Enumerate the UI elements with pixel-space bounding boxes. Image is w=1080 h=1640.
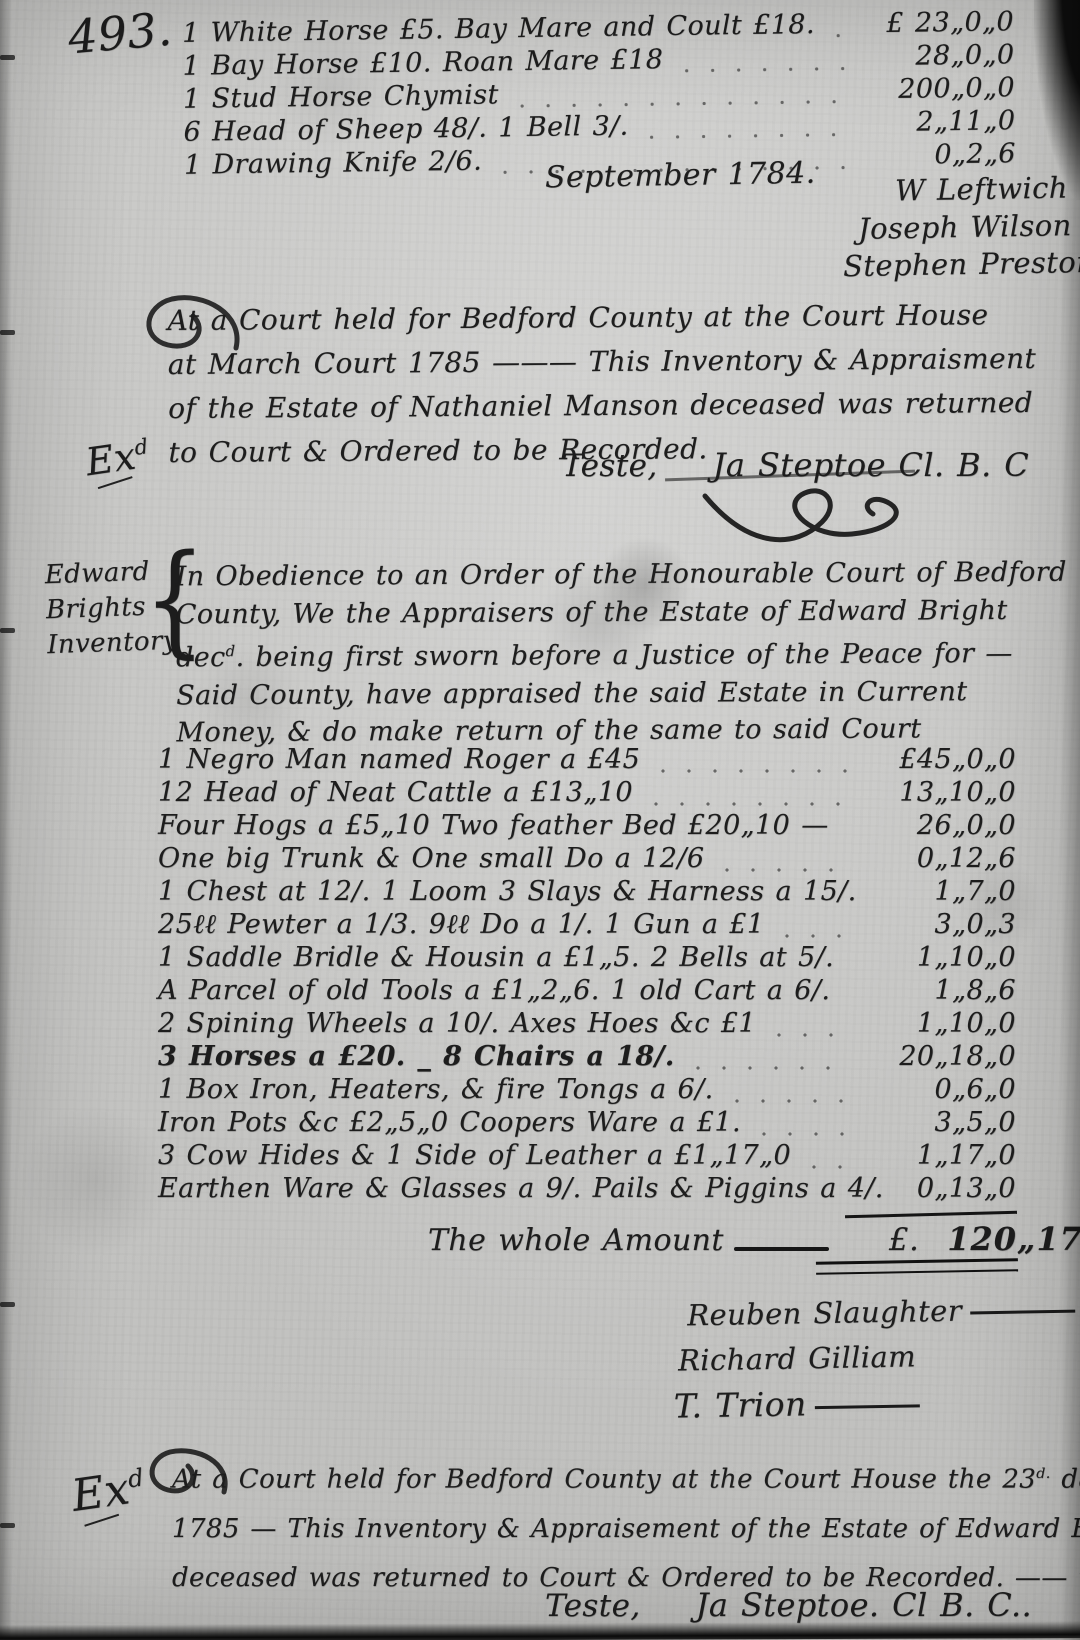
signature-flourish [815, 1404, 920, 1409]
bright-inventory-list: 1 Negro Man named Roger a £45 £45„0„0 12… [158, 744, 1016, 1206]
inventory-row: One big Trunk & One small Do a 12/6 0„12… [158, 843, 1016, 876]
item-description: Iron Pots &c £2„5„0 Coopers Ware a £1. [158, 1107, 741, 1138]
signature-text: Reuben Slaughter [687, 1294, 962, 1333]
date-line: September 1784. [545, 156, 816, 196]
inventory-row: Four Hogs a £5„10 Two feather Bed £20„10… [158, 810, 1016, 843]
signature: Richard Gilliam [678, 1332, 1076, 1384]
item-description: 1 Drawing Knife 2/6. [184, 146, 483, 181]
item-description: 12 Head of Neat Cattle a £13„10 [158, 777, 633, 808]
preamble-line: decd. being first sworn before a Justice… [176, 629, 1067, 677]
item-description: 1 Saddle Bridle & Housin a £1„5. 2 Bells… [158, 942, 834, 973]
item-description: 25ℓℓ Pewter a 1/3. 9ℓℓ Do a 1/. 1 Gun a … [158, 909, 764, 940]
item-amount: 3„5„0 [856, 1107, 1016, 1138]
item-description: 1 Box Iron, Heaters, & fire Tongs a 6/. [158, 1074, 714, 1105]
item-description: 1 Negro Man named Roger a £45 [158, 744, 640, 775]
item-description: One big Trunk & One small Do a 12/6 [158, 843, 704, 874]
dot-leader [823, 30, 846, 42]
dot-leader [749, 1128, 848, 1140]
inventory-row: A Parcel of old Tools a £1„2„6. 1 old Ca… [158, 975, 1016, 1008]
examined-note: Exd [83, 432, 153, 487]
court-record-bright: At a Court held for Bedford County at th… [172, 1450, 1080, 1603]
item-amount: 0„6„0 [856, 1074, 1016, 1105]
dot-leader [712, 864, 848, 876]
dot-leader [683, 1062, 848, 1074]
item-description: 6 Head of Sheep 48/. 1 Bell 3/. [183, 111, 628, 148]
inventory-row: 2 Spining Wheels a 10/. Axes Hoes &c £1 … [158, 1008, 1016, 1041]
teste-label: Teste, [545, 1588, 641, 1624]
adjacent-page-edge [1034, 0, 1080, 200]
pen-dash [734, 1247, 829, 1251]
total-line: The whole Amount £. 120„17„3 [428, 1220, 1080, 1258]
examined-note: Exd [69, 1461, 149, 1525]
preamble-text: dec [176, 642, 226, 673]
signature: Joseph Wilson [858, 208, 1072, 246]
inventory-row: 1 Negro Man named Roger a £45 £45„0„0 [158, 744, 1016, 777]
item-amount: 1„17„0 [856, 1140, 1016, 1171]
dot-leader [838, 996, 848, 1008]
signature: Reuben Slaughter [687, 1287, 1075, 1339]
inventory-row: 3 Cow Hides & 1 Side of Leather a £1„17„… [158, 1140, 1016, 1173]
signature-flourish [700, 478, 920, 558]
record-superscript: d. [1036, 1466, 1051, 1482]
total-double-rule [816, 1258, 1018, 1275]
record-line: At a Court held for Bedford County at th… [167, 293, 1036, 343]
record-line: 1785 — This Inventory & Appraisement of … [172, 1505, 1080, 1554]
record-line: of the Estate of Nathaniel Manson deceas… [168, 381, 1037, 431]
item-amount: 13„10„0 [856, 777, 1016, 808]
examined-text: Ex [83, 434, 139, 485]
signature-text: Richard Gilliam [678, 1339, 917, 1377]
dot-leader [799, 1161, 848, 1173]
page-edge-right [1060, 0, 1080, 1640]
record-text: At a Court held for Bedford County at th… [172, 1465, 1036, 1495]
appraisal-preamble: In Obedience to an Order of the Honourab… [175, 554, 1067, 752]
dot-leader [764, 1029, 848, 1041]
item-amount: 0„2„6 [856, 138, 1016, 171]
item-description: 3 Cow Hides & 1 Side of Leather a £1„17„… [158, 1140, 791, 1171]
preamble-line: County, We the Appraisers of the Estate … [176, 591, 1067, 633]
examined-superscript: d [133, 434, 150, 460]
item-amount: 200„0„0 [855, 72, 1015, 105]
total-currency: £. [889, 1222, 919, 1258]
inventory-row: 25ℓℓ Pewter a 1/3. 9ℓℓ Do a 1/. 1 Gun a … [158, 909, 1016, 942]
item-description: 1 Chest at 12/. 1 Loom 3 Slays & Harness… [158, 876, 857, 907]
inventory-row: 3 Horses a £20. _ 8 Chairs a 18/. 20„18„… [158, 1041, 1016, 1074]
item-description: Earthen Ware & Glasses a 9/. Pails & Pig… [158, 1173, 884, 1204]
item-description: Four Hogs a £5„10 Two feather Bed £20„10… [158, 810, 829, 841]
item-amount: 2„11„0 [855, 105, 1015, 138]
signature: Stephen Preston [843, 245, 1080, 283]
dot-leader [842, 963, 848, 975]
item-description: 1 Bay Horse £10. Roan Mare £18 [182, 44, 663, 82]
top-inventory-list: 1 White Horse £5. Bay Mare and Coult £18… [182, 6, 1016, 183]
clerk-signature: Ja Steptoe. Cl B. C.. [696, 1586, 1033, 1624]
appraiser-signatures: Reuben Slaughter Richard Gilliam T. Trio… [687, 1287, 1077, 1429]
page-edge-bottom [0, 1621, 1080, 1640]
dot-leader [641, 798, 848, 810]
dot-leader [837, 831, 848, 843]
examined-text: Ex [69, 1463, 133, 1522]
teste-label: Teste, [562, 448, 658, 484]
item-amount: 0„12„6 [856, 843, 1016, 874]
item-amount: 20„18„0 [856, 1041, 1016, 1072]
inventory-row: 1 Box Iron, Heaters, & fire Tongs a 6/. … [158, 1074, 1016, 1107]
signature: T. Trion [673, 1377, 1076, 1429]
dot-leader [772, 930, 848, 942]
inventory-row: Earthen Ware & Glasses a 9/. Pails & Pig… [158, 1173, 1016, 1206]
item-amount: £45„0„0 [856, 744, 1016, 775]
record-line: At a Court held for Bedford County at th… [172, 1450, 1080, 1505]
preamble-superscript: d [226, 642, 236, 660]
examined-superscript: d [126, 1463, 146, 1493]
item-amount: 3„0„3 [856, 909, 1016, 940]
sum-rule [845, 1211, 1017, 1219]
signature-text: T. Trion [673, 1384, 806, 1425]
item-amount: 28„0„0 [854, 39, 1014, 72]
item-amount: 1„7„0 [873, 876, 1016, 907]
inventory-row: 12 Head of Neat Cattle a £13„10 13„10„0 [158, 777, 1016, 810]
item-amount: 0„13„0 [900, 1173, 1016, 1204]
item-description: 2 Spining Wheels a 10/. Axes Hoes &c £1 [158, 1008, 756, 1039]
item-description: 1 Stud Horse Chymist [183, 79, 499, 114]
inventory-row: 1 Chest at 12/. 1 Loom 3 Slays & Harness… [158, 876, 1016, 909]
item-description: A Parcel of old Tools a £1„2„6. 1 old Ca… [158, 975, 830, 1006]
manuscript-page: 493. 1 White Horse £5. Bay Mare and Coul… [0, 0, 1080, 1640]
preamble-text: . being first sworn before a Justice of … [235, 638, 1012, 673]
record-line: at March Court 1785 ——— This Inventory &… [168, 337, 1037, 387]
item-amount: 26„0„0 [856, 810, 1016, 841]
preamble-line: Said County, have appraised the said Est… [176, 672, 1067, 714]
total-label: The whole Amount [428, 1223, 724, 1258]
teste-line: Teste, Ja Steptoe. Cl B. C.. [545, 1586, 1032, 1624]
preamble-line: In Obedience to an Order of the Honourab… [175, 554, 1066, 596]
item-amount: £ 23„0„0 [854, 6, 1014, 39]
dot-leader [648, 765, 848, 777]
item-description: 3 Horses a £20. _ 8 Chairs a 18/. [158, 1041, 675, 1072]
page-number: 493. [66, 2, 174, 65]
inventory-row: 1 Saddle Bridle & Housin a £1„5. 2 Bells… [158, 942, 1016, 975]
item-amount: 1„10„0 [856, 1008, 1016, 1039]
dot-leader [671, 63, 846, 77]
inventory-row: Iron Pots &c £2„5„0 Coopers Ware a £1. 3… [158, 1107, 1016, 1140]
item-amount: 1„8„6 [856, 975, 1016, 1006]
item-amount: 1„10„0 [856, 942, 1016, 973]
page-edge-left [0, 0, 12, 1640]
dot-leader [722, 1095, 848, 1107]
